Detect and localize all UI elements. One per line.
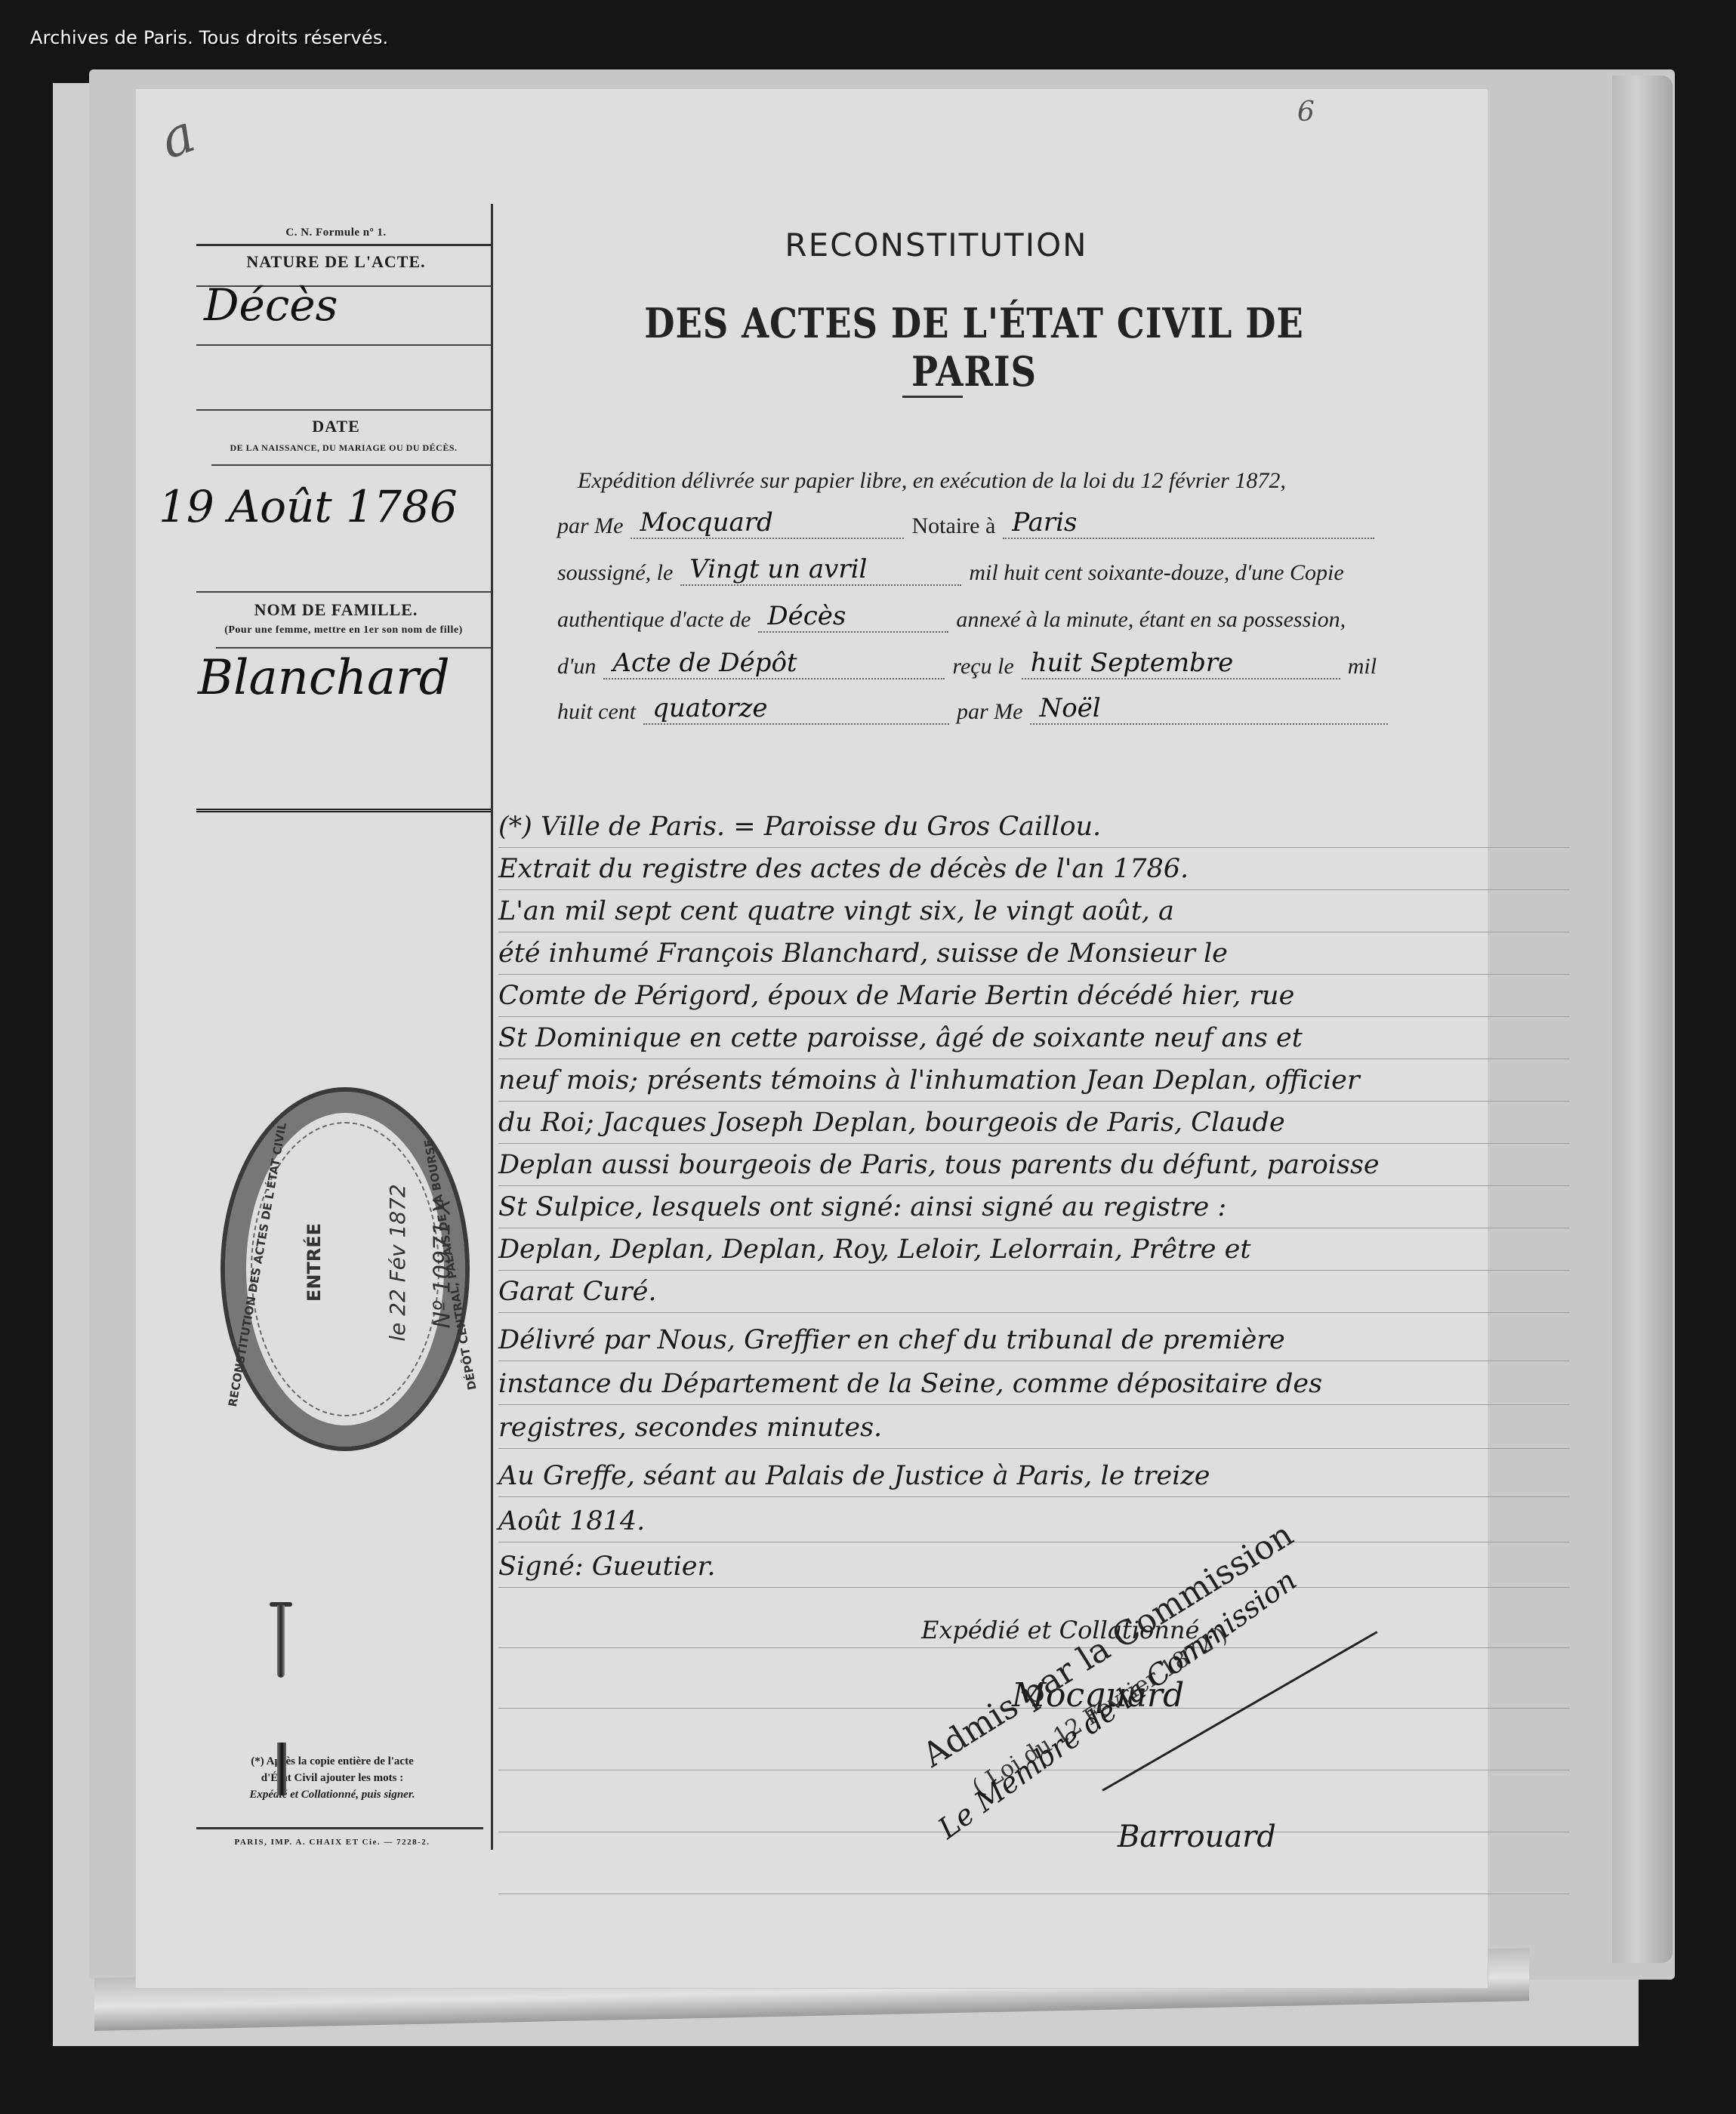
nature-header: NATURE DE L'ACTE.: [196, 252, 476, 272]
transcript-line: St Sulpice, lesquels ont signé: ainsi si…: [498, 1187, 1570, 1228]
second-notary-field: Noël: [1030, 693, 1388, 725]
date-header: DATE: [196, 417, 476, 436]
transcript-line: Signé: Gueutier.: [498, 1546, 1570, 1588]
stamp-entry-date: le 22 Fév 1872: [385, 1184, 410, 1342]
transcript-line: instance du Département de la Seine, com…: [498, 1364, 1570, 1405]
transcript-line: Délivré par Nous, Greffier en chef du tr…: [498, 1320, 1570, 1361]
transcript-line: neuf mois; présents témoins à l'inhumati…: [498, 1060, 1570, 1102]
transcript-line: été inhumé François Blanchard, suisse de…: [498, 933, 1570, 975]
stamp-entry-label: ENTRÉE: [304, 1223, 325, 1302]
year-text: mil huit cent soixante-douze, d'une Copi…: [961, 560, 1351, 586]
page-subtitle: DES ACTES DE L'ÉTAT CIVIL DE PARIS: [617, 299, 1331, 396]
footnote-line-2: d'État Civil ajouter les mots :: [196, 1770, 468, 1786]
dun-label: d'un: [550, 654, 603, 679]
left-margin-column: C. N. Formule nº 1. NATURE DE L'ACTE. Dé…: [196, 204, 493, 1850]
footnote-line-3: Expédié et Collationné, puis signer.: [196, 1786, 468, 1803]
divider: [196, 244, 491, 246]
family-name-value: Blanchard: [190, 650, 491, 718]
acte-type-field: Décès: [758, 601, 948, 633]
form-date-line: soussigné, le Vingt un avril mil huit ce…: [550, 554, 1388, 586]
stamp-entry-number: Nº 10971 X: [429, 1199, 455, 1329]
member-signature: Barrouard: [1118, 1820, 1276, 1854]
date-day-field: Vingt un avril: [680, 554, 961, 586]
notary-city-field: Paris: [1003, 507, 1374, 539]
divider: [196, 409, 491, 411]
pin-shaft: [277, 1605, 285, 1678]
transcript-line: Deplan, Deplan, Deplan, Roy, Leloir, Lel…: [498, 1229, 1570, 1271]
authentique-label: authentique d'acte de: [550, 607, 758, 633]
entry-stamp: RECONSTITUTION DES ACTES DE L'ÉTAT CIVIL…: [220, 1087, 470, 1451]
divider: [216, 647, 491, 649]
transcript-line: Comte de Périgord, époux de Marie Bertin…: [498, 975, 1570, 1017]
deed-type-field: Acte de Dépôt: [603, 648, 945, 679]
recu-date-field: huit Septembre: [1022, 648, 1340, 679]
transcript-line: St Dominique en cette paroisse, âgé de s…: [498, 1018, 1570, 1059]
pin-shaft-lower: [277, 1743, 286, 1795]
formula-number: C. N. Formule nº 1.: [196, 226, 476, 239]
transcript-line: Deplan aussi bourgeois de Paris, tous pa…: [498, 1145, 1570, 1186]
divider: [196, 1827, 483, 1829]
divider: [211, 464, 491, 466]
transcript-body: (*) Ville de Paris. = Paroisse du Gros C…: [498, 806, 1570, 2114]
family-name-note: (Pour une femme, mettre en 1er son nom d…: [196, 624, 491, 636]
transcript-line: registres, secondes minutes.: [498, 1407, 1570, 1449]
title-divider: [902, 396, 963, 398]
signature-block: Expédié et Collationné : Mocquard Admis …: [936, 1623, 1420, 1910]
recu-label: reçu le: [945, 654, 1021, 679]
notaire-label: Notaire à: [904, 513, 1003, 539]
transcript-line: L'an mil sept cent quatre vingt six, le …: [498, 891, 1570, 932]
family-name-header: NOM DE FAMILLE.: [196, 600, 476, 620]
printer-imprint: PARIS, IMP. A. CHAIX ET Cie. — 7228-2.: [196, 1838, 468, 1847]
par-me-label: par Me: [949, 699, 1030, 725]
recu-year-field: quatorze: [643, 693, 949, 725]
form-intro: Expédition délivrée sur papier libre, en…: [578, 468, 1416, 494]
transcript-line: Garat Curé.: [498, 1271, 1570, 1313]
par-label: par Me: [550, 513, 631, 539]
transcript-line: du Roi; Jacques Joseph Deplan, bourgeois…: [498, 1102, 1570, 1144]
form-deed-line: d'un Acte de Dépôt reçu le huit Septembr…: [550, 648, 1388, 679]
intro-text: Expédition délivrée sur papier libre, en…: [578, 468, 1286, 494]
date-value: 19 Août 1786: [151, 481, 491, 553]
archive-watermark: Archives de Paris. Tous droits réservés.: [30, 27, 388, 48]
binder-edge: [1612, 75, 1673, 1963]
divider: [196, 591, 491, 593]
date-subheader: DE LA NAISSANCE, DU MARIAGE OU DU DÉCÈS.: [196, 442, 491, 454]
page-title: RECONSTITUTION: [664, 226, 1208, 263]
form-notary-line: par Me Mocquard Notaire à Paris: [550, 507, 1388, 539]
transcript-line: Au Greffe, séant au Palais de Justice à …: [498, 1456, 1570, 1497]
form-acte-line: authentique d'acte de Décès annexé à la …: [550, 601, 1388, 633]
annexe-text: annexé à la minute, étant en sa possessi…: [948, 607, 1353, 633]
nature-value: Décès: [196, 279, 491, 344]
notary-name-field: Mocquard: [631, 507, 904, 539]
soussigne-label: soussigné, le: [550, 560, 680, 586]
form-year-line: huit cent quatorze par Me Noël: [550, 693, 1388, 725]
huit-cent-label: huit cent: [550, 699, 643, 725]
footnote-line-1: (*) Après la copie entière de l'acte: [196, 1753, 468, 1770]
footnote: (*) Après la copie entière de l'acte d'É…: [196, 1753, 468, 1803]
mil-label: mil: [1340, 654, 1384, 679]
transcript-line: (*) Ville de Paris. = Paroisse du Gros C…: [498, 806, 1570, 848]
transcript-line: Extrait du registre des actes de décès d…: [498, 849, 1570, 890]
transcript-line: Août 1814.: [498, 1501, 1570, 1542]
page-number: 6: [1297, 97, 1315, 128]
divider: [196, 809, 491, 815]
